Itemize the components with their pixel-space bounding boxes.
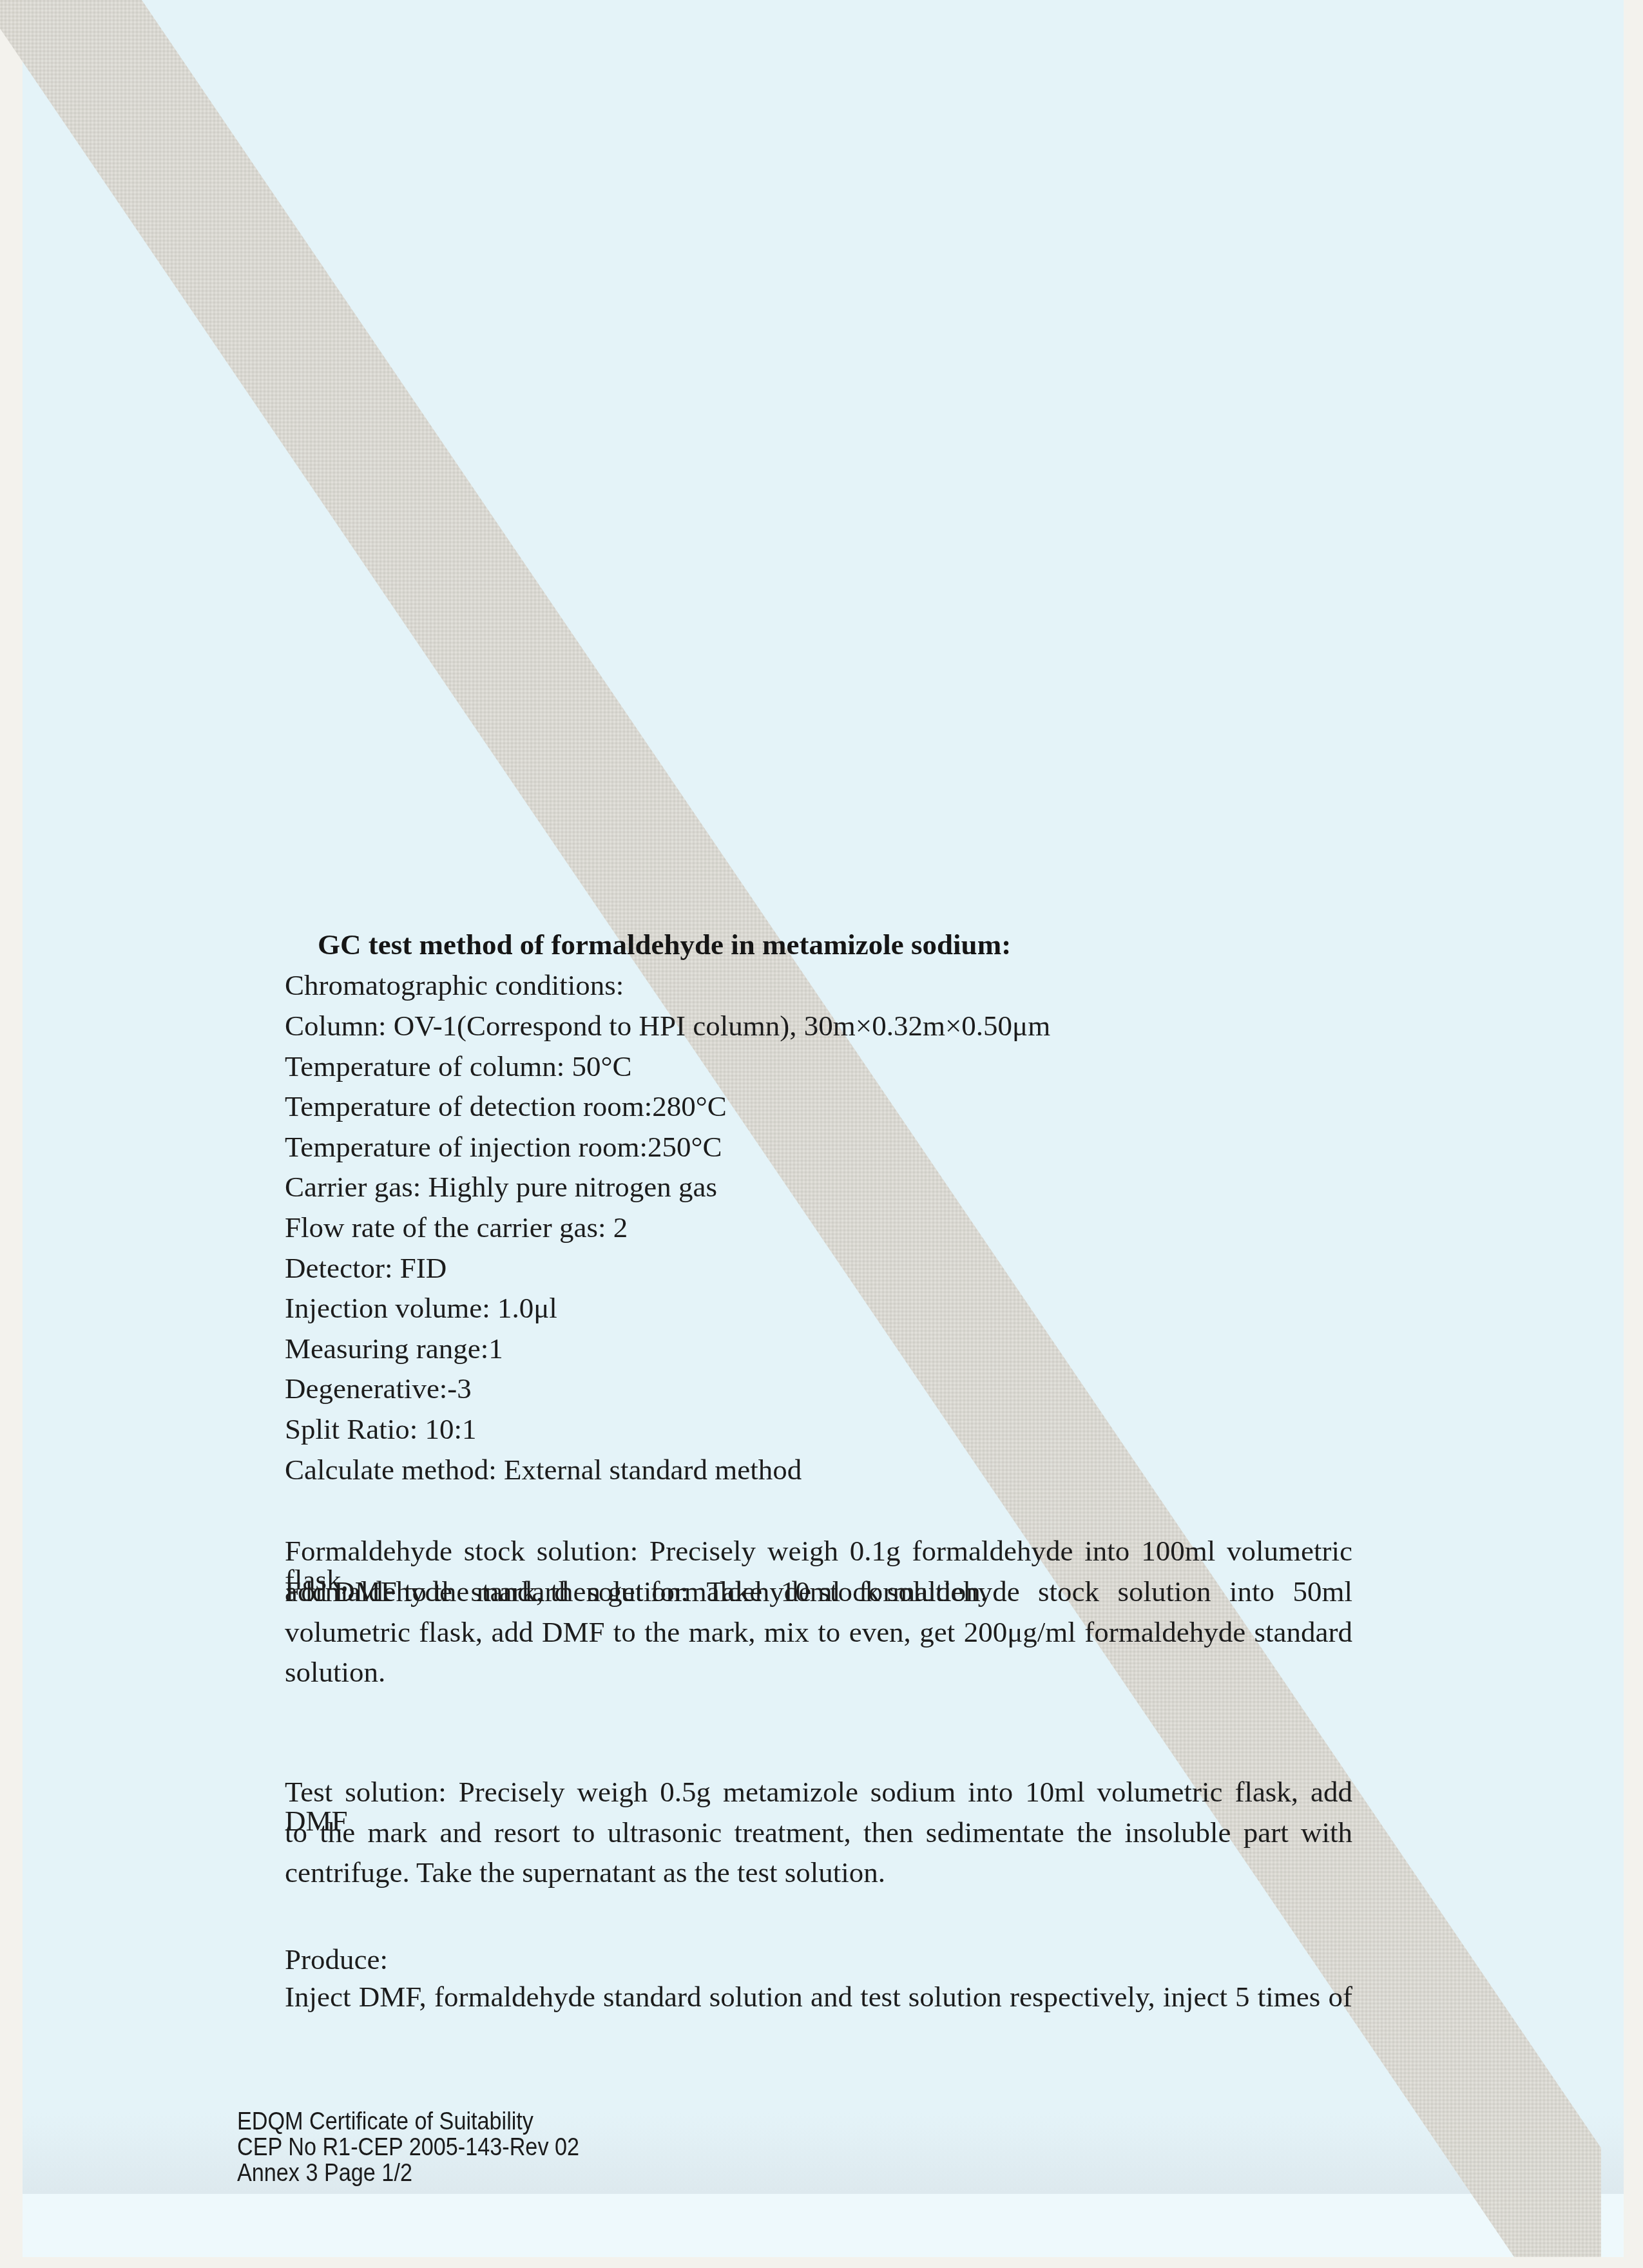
condition-item: Temperature of injection room:250°C bbox=[285, 1133, 722, 1162]
procedure-heading: Produce: bbox=[285, 1945, 388, 1974]
condition-item: Flow rate of the carrier gas: 2 bbox=[285, 1213, 628, 1242]
condition-item: Temperature of column: 50°C bbox=[285, 1052, 631, 1081]
paragraph-line: to the mark and resort to ultrasonic tre… bbox=[285, 1818, 1352, 1847]
condition-item: Detector: FID bbox=[285, 1254, 447, 1283]
document-content: GC test method of formaldehyde in metami… bbox=[0, 0, 1643, 2268]
condition-item: Temperature of detection room:280°C bbox=[285, 1092, 727, 1121]
paragraph-line: volumetric flask, add DMF to the mark, m… bbox=[285, 1618, 1352, 1647]
footer-certificate-title: EDQM Certificate of Suitability bbox=[237, 2109, 533, 2134]
footer-cep-number: CEP No R1-CEP 2005-143-Rev 02 bbox=[237, 2135, 579, 2160]
paragraph-line: solution. bbox=[285, 1658, 385, 1687]
conditions-heading: Chromatographic conditions: bbox=[285, 971, 624, 1000]
condition-item: Carrier gas: Highly pure nitrogen gas bbox=[285, 1173, 717, 1202]
document-title: GC test method of formaldehyde in metami… bbox=[318, 930, 1011, 959]
paragraph-line: Formaldehyde standard solution: Take 10m… bbox=[285, 1577, 1352, 1606]
condition-item: Injection volume: 1.0μl bbox=[285, 1294, 557, 1323]
condition-item: Split Ratio: 10:1 bbox=[285, 1415, 477, 1444]
condition-item: Measuring range:1 bbox=[285, 1334, 503, 1363]
condition-item: Degenerative:-3 bbox=[285, 1374, 472, 1403]
paragraph-line: Inject DMF, formaldehyde standard soluti… bbox=[285, 1983, 1352, 2012]
footer-annex-page: Annex 3 Page 1/2 bbox=[237, 2161, 412, 2186]
condition-item: Column: OV-1(Correspond to HPI column), … bbox=[285, 1012, 1050, 1041]
paragraph-line: centrifuge. Take the supernatant as the … bbox=[285, 1858, 885, 1887]
condition-item: Calculate method: External standard meth… bbox=[285, 1456, 802, 1485]
